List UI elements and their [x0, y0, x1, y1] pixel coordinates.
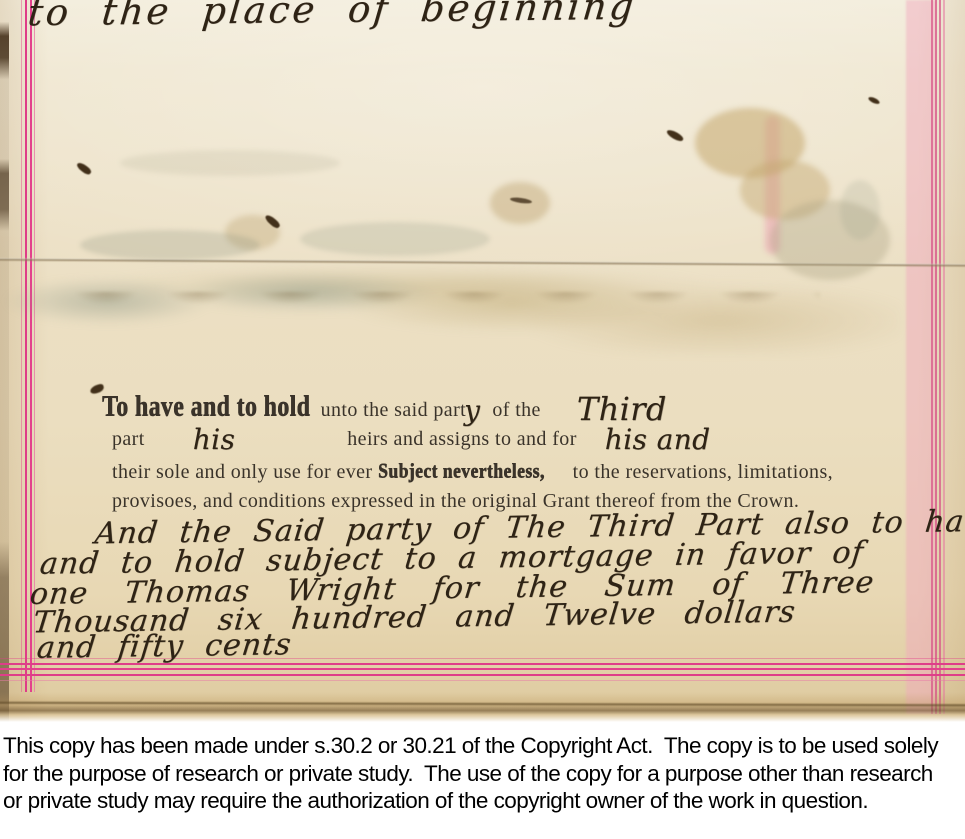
copyright-notice: This copy has been made under s.30.2 or …: [0, 722, 965, 839]
handwriting-top-line: to the place of beginning: [26, 0, 638, 34]
mortgage-clause-line: and fifty cents: [35, 627, 293, 666]
scanned-deed-page: to the place of beginning To have and to…: [0, 0, 965, 839]
stain-wavy-edge: [60, 292, 820, 326]
gothic-subject-nevertheless: Subject nevertheless,: [378, 459, 545, 484]
paper-sheet: to the place of beginning To have and to…: [0, 0, 965, 722]
bottom-ruling: [0, 674, 965, 676]
habendum-line-1: To have and to holdunto the said partyof…: [102, 392, 667, 423]
bottom-ruling: [0, 668, 965, 670]
right-margin-ruling: [939, 0, 941, 714]
copyright-line: or private study may require the authori…: [3, 787, 938, 815]
right-margin-ruling: [943, 0, 945, 714]
scan-left-edge-shadow: [0, 0, 9, 722]
ink-bleedthrough-ghost: [300, 222, 490, 256]
habendum-line-2: parthisheirs and assigns to and forhis a…: [112, 428, 710, 451]
ink-speck: [665, 128, 684, 143]
copyright-notice-text: This copy has been made under s.30.2 or …: [3, 732, 938, 815]
copyright-line: for the purpose of research or private s…: [3, 760, 938, 788]
habendum-line-3: their sole and only use for ever Subject…: [112, 461, 833, 484]
ink-bleedthrough-ghost: [840, 180, 880, 240]
gothic-lead: To have and to hold: [102, 390, 310, 423]
ink-speck: [868, 96, 881, 106]
right-margin-ruling: [931, 0, 933, 714]
right-margin-ruling: [935, 0, 937, 714]
bottom-ruling: [0, 680, 965, 681]
ink-bleedthrough-ghost: [80, 230, 260, 260]
paper-bottom-edge: [0, 692, 965, 722]
ink-bleedthrough-ghost: [120, 150, 340, 176]
copyright-line: This copy has been made under s.30.2 or …: [3, 732, 938, 760]
ink-speck: [76, 161, 93, 176]
